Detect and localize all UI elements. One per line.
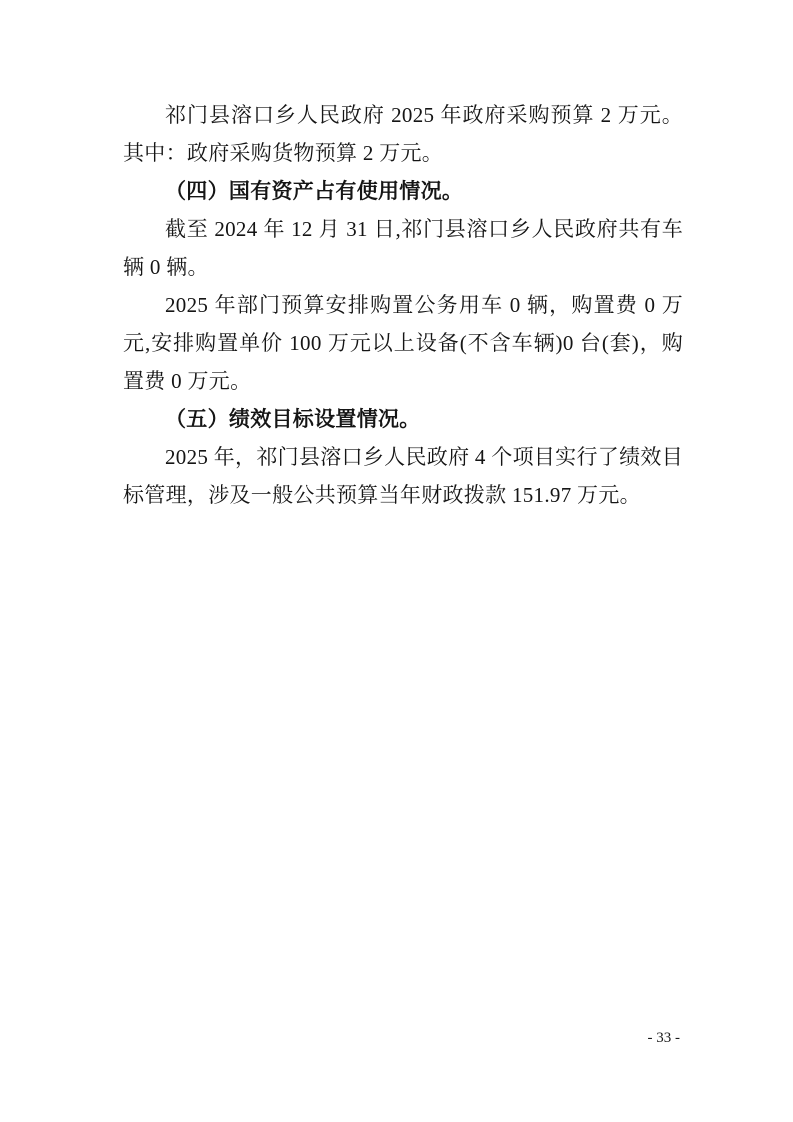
paragraph-procurement-budget: 祁门县溶口乡人民政府 2025 年政府采购预算 2 万元。其中：政府采购货物预算… [123, 96, 683, 172]
page-number: - 33 - [648, 1029, 681, 1047]
heading-performance-targets: （五）绩效目标设置情况。 [123, 400, 683, 438]
document-body: 祁门县溶口乡人民政府 2025 年政府采购预算 2 万元。其中：政府采购货物预算… [123, 96, 683, 514]
paragraph-vehicle-equipment-purchase: 2025 年部门预算安排购置公务用车 0 辆，购置费 0 万元,安排购置单价 1… [123, 286, 683, 400]
document-page: 祁门县溶口乡人民政府 2025 年政府采购预算 2 万元。其中：政府采购货物预算… [0, 0, 793, 1122]
paragraph-vehicle-count: 截至 2024 年 12 月 31 日,祁门县溶口乡人民政府共有车辆 0 辆。 [123, 210, 683, 286]
heading-state-assets-usage: （四）国有资产占有使用情况。 [123, 172, 683, 210]
paragraph-performance-target-management: 2025 年，祁门县溶口乡人民政府 4 个项目实行了绩效目标管理，涉及一般公共预… [123, 438, 683, 514]
